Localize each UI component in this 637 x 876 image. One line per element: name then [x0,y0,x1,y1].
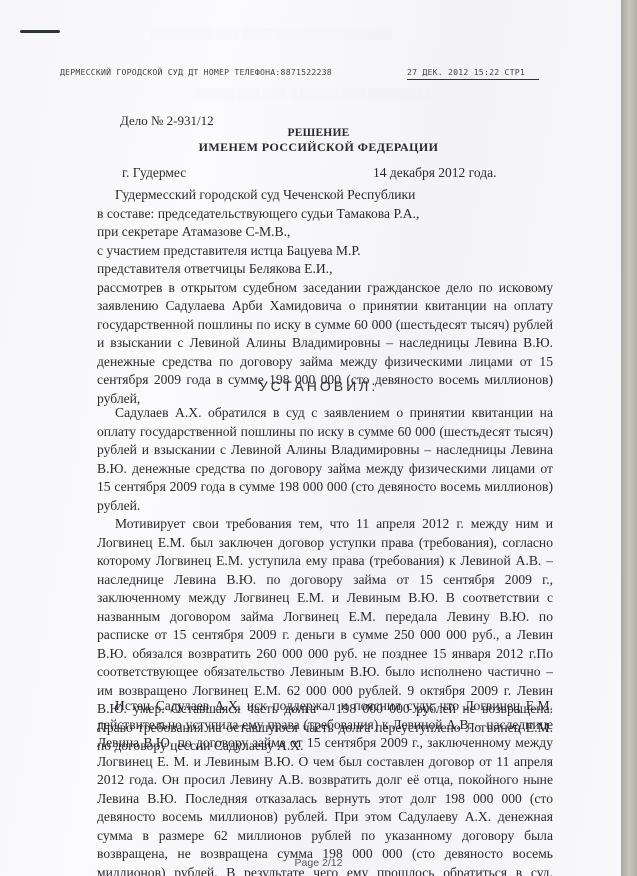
paragraph-line: Садулаев А.Х. обратился в суд с заявлени… [97,404,553,423]
intro-line: государственной пошлины по иску в сумме … [97,316,553,335]
paragraph-line: Левина В.Ю. по договору займа от 15 сент… [97,734,553,753]
paragraph-line: 2012 года. Он просил Левину А.В. возврат… [97,771,553,790]
intro-line: в составе: председательствующего судьи Т… [97,205,553,224]
paragraph-line: расписке от 15 сентября 2009 г. деньги в… [97,626,553,645]
intro-line: с участием представителя истца Бацуева М… [97,242,553,261]
document-subtitle: ИМЕНЕМ РОССИЙСКОЙ ФЕДЕРАЦИИ [0,140,637,155]
document-title: РЕШЕНИЕ [0,127,637,139]
paragraph-line: В.Ю. обязался возвратить 260 000 000 руб… [97,645,553,664]
paragraph-line: действительно уступила ему права (требов… [97,716,553,735]
intro-line: при секретаре Атамазове С-М.В., [97,223,553,242]
paragraph-line: В.Ю. денежные средства по договору займа… [97,460,553,479]
paragraph-line: оплату государственной пошлины по иску в… [97,423,553,442]
intro-line: Гудермесский городской суд Чеченской Рес… [97,186,553,205]
paragraph-3: Истец Садулаев А.Х. иск поддержал и пояс… [97,697,553,876]
paragraph-line: рублей. [97,497,553,516]
paragraph-line: Мотивирует свои требования тем, что 11 а… [97,515,553,534]
paragraph-line: заключенному между Логвинец Е.М. и Левин… [97,589,553,608]
paragraph-line: Левина В.Ю. Последняя отказалась вернуть… [97,790,553,809]
paragraph-line: соответствующее обязательство Левиным В.… [97,663,553,682]
bleed-through-text: ░░░░░ ░░░ ░░░ ░ ░░░░░ ░░░ ░░░░░░░░ [195,88,430,100]
scanned-page: ░░░░░░░░ ░░░ ░░░░ ░░░░░░░░░░░░░░░ ░░░░░ … [0,0,621,876]
fax-sender: ДЕРМЕССКИЙ ГОРОДСКОЙ СУД ДТ НОМЕР ТЕЛЕФО… [60,67,332,77]
paragraph-line: Логвинец Е. М. и Левиным В.Ю. О чем был … [97,753,553,772]
intro-line: денежные средства по договору займа межд… [97,353,553,372]
intro-line: заявлению Садулаева Арби Хамидовича о пр… [97,297,553,316]
paragraph-line: 15 сентября 2009 года в сумме 198 000 00… [97,478,553,497]
paragraph-line: названным договором займа Логвинец Е.М. … [97,608,553,627]
pen-mark [20,30,60,33]
scanner-edge [621,0,637,876]
fax-timestamp: 27 ДЕК. 2012 15:22 СТР1 [407,67,539,80]
intro-block: Гудермесский городской суд Чеченской Рес… [97,186,553,408]
paragraph-1: Садулаев А.Х. обратился в суд с заявлени… [97,404,553,515]
paragraph-line: которому Логвинец Е.М. уступила ему прав… [97,552,553,571]
page-number: Page 2/12 [0,857,637,869]
section-heading: УСТАНОВИЛ: [0,378,637,394]
paragraph-line: Истец Садулаев А.Х. иск поддержал и пояс… [97,697,553,716]
city: г. Гудермес [122,165,186,181]
paragraph-line: наследнице Левина В.Ю. по договору займа… [97,571,553,590]
paragraph-line: рублей и взыскании с Левиной Алины Влади… [97,441,553,460]
intro-line: рассмотрев в открытом судебном заседании… [97,279,553,298]
bleed-through-text: ░░░░░░░░ ░░░ ░░░░ ░░░░░░░░░░░░░░░ [150,28,392,40]
intro-line: представителя ответчицы Белякова Е.И., [97,260,553,279]
intro-line: и взыскании с Левиной Алины Владимировны… [97,334,553,353]
paragraph-line: сумма в размере 62 миллионов рублей по у… [97,827,553,846]
paragraph-line: девяносто восемь миллионов) рублей. При … [97,808,553,827]
paragraph-line: Логвинец Е.М. был заключен договор уступ… [97,534,553,553]
decision-date: 14 декабря 2012 года. [373,165,496,181]
